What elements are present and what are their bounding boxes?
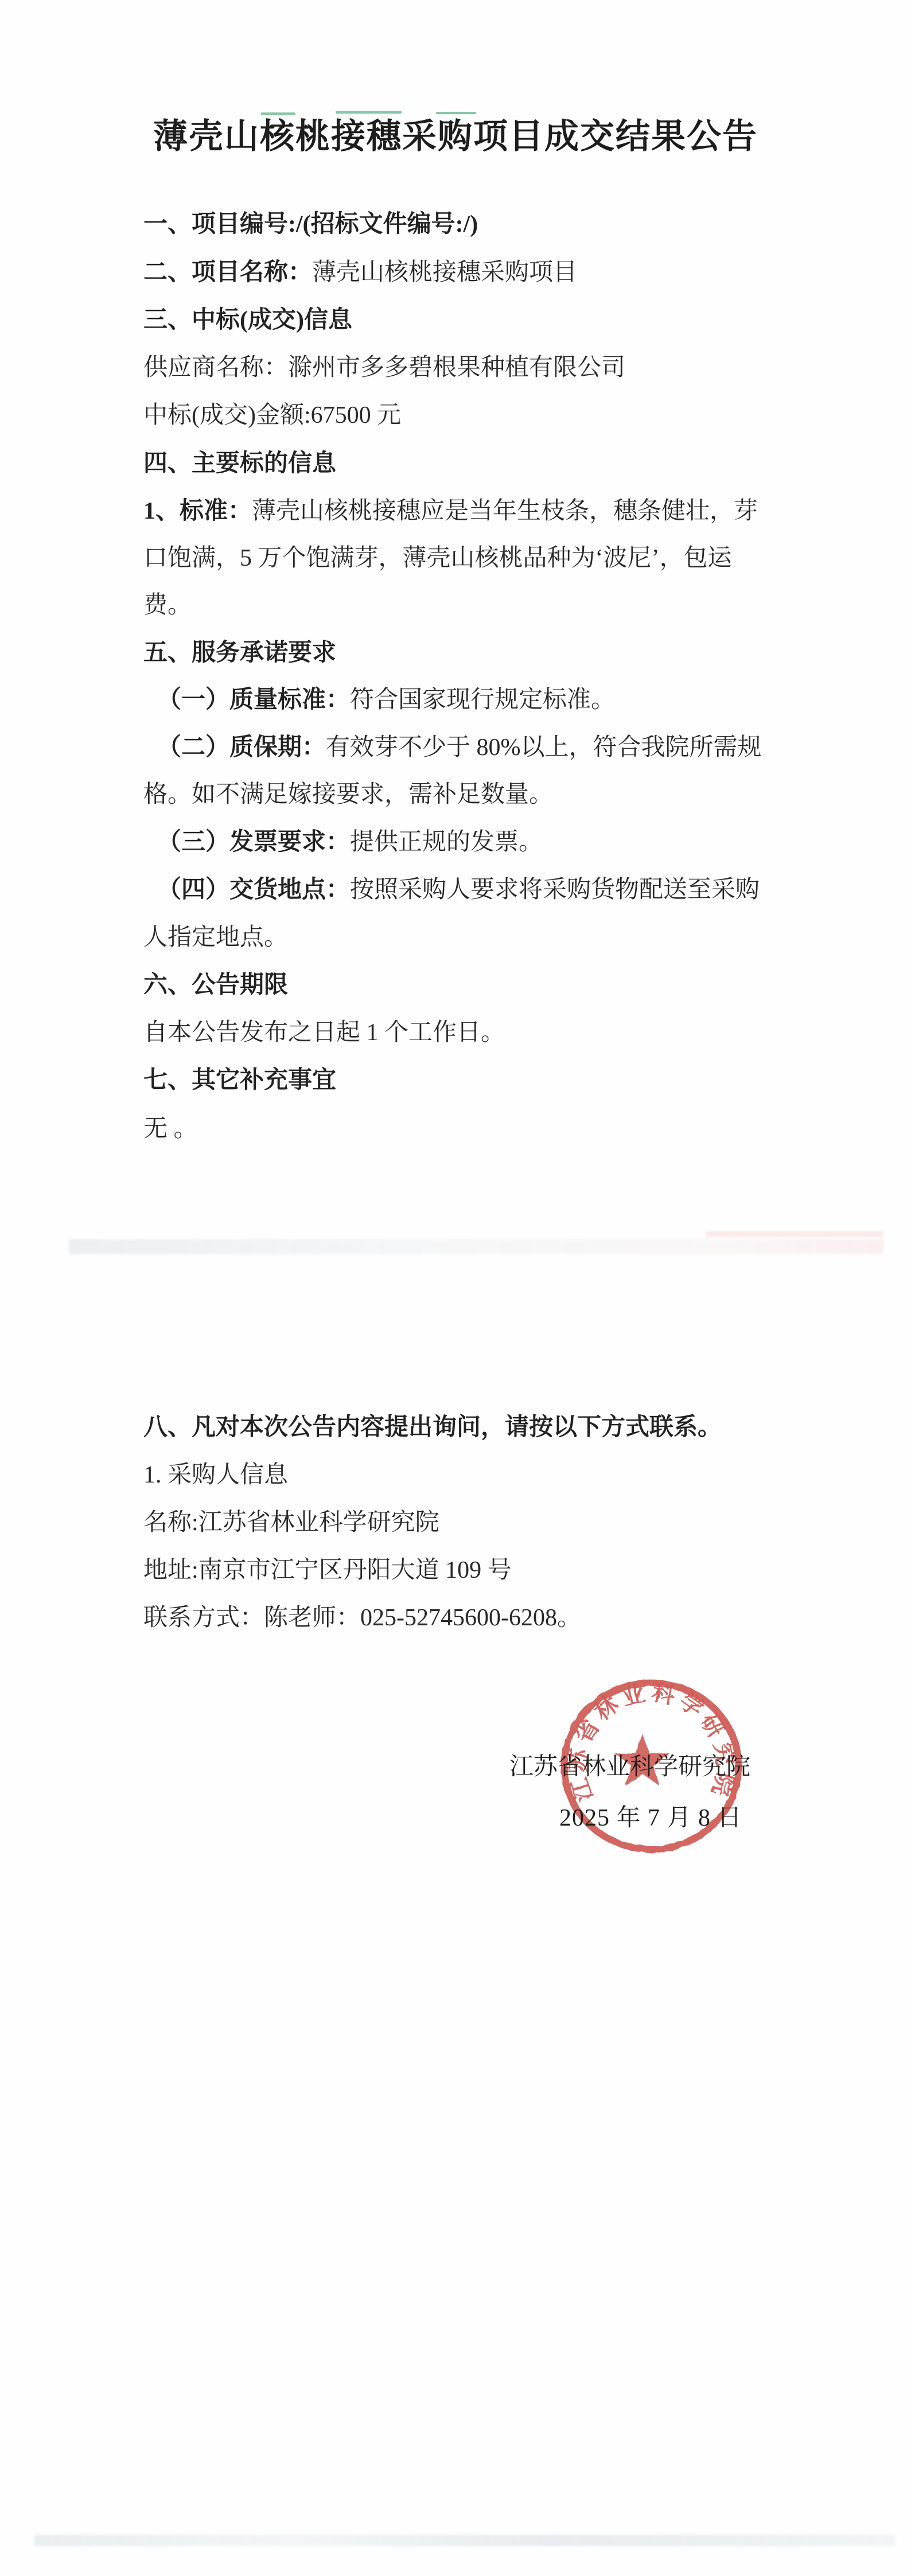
doc-line: （一）质量标准：符合国家现行规定标准。 bbox=[157, 687, 615, 713]
seal-arc-text: 江苏省林业科学研究院 bbox=[564, 1679, 738, 1805]
line-label: （一）质量标准： bbox=[157, 687, 350, 713]
page-title: 薄壳山核桃接穗采购项目成交结果公告 bbox=[0, 109, 911, 158]
line-text: 格。如不满足嫁接要求，需补足数量。 bbox=[143, 781, 553, 808]
line-text: 地址:南京市江宁区丹阳大道 109 号 bbox=[143, 1557, 512, 1583]
doc-line: 人指定地点。 bbox=[143, 924, 288, 951]
doc-line: 中标(成交)金额:67500 元 bbox=[143, 402, 401, 429]
line-text: 联系方式：陈老师：025-52745600-6208。 bbox=[143, 1605, 581, 1631]
doc-line: 六、公告期限 bbox=[143, 972, 288, 998]
line-text: 提供正规的发票。 bbox=[350, 829, 543, 855]
line-text: 名称:江苏省林业科学研究院 bbox=[143, 1509, 439, 1536]
line-text: 自本公告发布之日起 1 个工作日。 bbox=[143, 1019, 505, 1046]
doc-line: 二、项目名称：薄壳山核桃接穗采购项目 bbox=[143, 259, 577, 286]
doc-line: 1、标准：薄壳山核桃接穗应是当年生枝条，穗条健壮，芽 bbox=[143, 498, 758, 524]
scan-smudge bbox=[34, 2535, 895, 2546]
line-label: 一、项目编号:/(招标文件编号:/) bbox=[143, 211, 478, 238]
line-text: 1. 采购人信息 bbox=[143, 1462, 288, 1488]
line-label: 七、其它补充事宜 bbox=[143, 1067, 336, 1094]
line-label: 三、中标(成交)信息 bbox=[143, 307, 352, 333]
line-text: 有效芽不少于 80%以上，符合我院所需规 bbox=[326, 734, 762, 761]
scan-smudge bbox=[69, 1239, 883, 1254]
doc-line: 一、项目编号:/(招标文件编号:/) bbox=[143, 211, 478, 238]
line-label: 四、主要标的信息 bbox=[143, 450, 336, 477]
line-label: （二）质保期： bbox=[157, 734, 326, 761]
line-label: 八、凡对本次公告内容提出询问，请按以下方式联系。 bbox=[143, 1414, 722, 1441]
doc-line: （四）交货地点：按照采购人要求将采购货物配送至采购 bbox=[157, 877, 760, 903]
line-text: 薄壳山核桃接穗采购项目 bbox=[312, 259, 577, 286]
doc-line: 自本公告发布之日起 1 个工作日。 bbox=[143, 1019, 505, 1046]
line-text: 无 。 bbox=[143, 1116, 198, 1142]
doc-line: 口饱满，5 万个饱满芽，薄壳山核桃品种为‘波尼’，包运 bbox=[143, 545, 731, 571]
line-label: 六、公告期限 bbox=[143, 972, 288, 998]
line-text: 符合国家现行规定标准。 bbox=[350, 687, 615, 713]
doc-line: 无 。 bbox=[143, 1116, 198, 1142]
doc-line: 五、服务承诺要求 bbox=[143, 640, 336, 666]
doc-line: 联系方式：陈老师：025-52745600-6208。 bbox=[143, 1605, 581, 1631]
doc-line: 名称:江苏省林业科学研究院 bbox=[143, 1509, 439, 1536]
line-label: 1、标准： bbox=[143, 498, 252, 524]
document-page: 薄壳山核桃接穗采购项目成交结果公告 一、项目编号:/(招标文件编号:/) 二、项… bbox=[0, 0, 911, 2576]
signature-date: 2025 年 7 月 8 日 bbox=[559, 1799, 742, 1833]
line-label: （三）发票要求： bbox=[157, 829, 350, 855]
svg-text:江苏省林业科学研究院: 江苏省林业科学研究院 bbox=[564, 1679, 738, 1805]
doc-line: （三）发票要求：提供正规的发票。 bbox=[157, 829, 543, 855]
signature-organization: 江苏省林业科学研究院 bbox=[509, 1748, 750, 1782]
scan-smudge bbox=[706, 1231, 883, 1237]
line-text: 口饱满，5 万个饱满芽，薄壳山核桃品种为‘波尼’，包运 bbox=[143, 545, 731, 571]
doc-line: 格。如不满足嫁接要求，需补足数量。 bbox=[143, 781, 553, 808]
doc-line: （二）质保期：有效芽不少于 80%以上，符合我院所需规 bbox=[157, 734, 762, 761]
line-text: 按照采购人要求将采购货物配送至采购 bbox=[350, 877, 760, 903]
line-text: 费。 bbox=[143, 592, 192, 618]
doc-line: 费。 bbox=[143, 592, 192, 618]
line-text: 薄壳山核桃接穗应是当年生枝条，穗条健壮，芽 bbox=[252, 498, 758, 524]
doc-line: 七、其它补充事宜 bbox=[143, 1067, 336, 1094]
doc-line: 地址:南京市江宁区丹阳大道 109 号 bbox=[143, 1557, 512, 1583]
scan-artifact bbox=[336, 111, 402, 114]
doc-line: 1. 采购人信息 bbox=[143, 1462, 288, 1488]
line-text: 中标(成交)金额:67500 元 bbox=[143, 402, 401, 429]
doc-line: 八、凡对本次公告内容提出询问，请按以下方式联系。 bbox=[143, 1414, 722, 1441]
doc-line: 四、主要标的信息 bbox=[143, 450, 336, 477]
line-text: 供应商名称：滁州市多多碧根果种植有限公司 bbox=[143, 355, 625, 381]
line-label: 五、服务承诺要求 bbox=[143, 640, 336, 666]
line-text: 人指定地点。 bbox=[143, 924, 288, 951]
doc-line: 三、中标(成交)信息 bbox=[143, 307, 352, 333]
line-label: 二、项目名称： bbox=[143, 259, 312, 286]
scan-artifact bbox=[261, 112, 295, 115]
scan-artifact bbox=[436, 112, 476, 114]
line-label: （四）交货地点： bbox=[157, 877, 350, 903]
doc-line: 供应商名称：滁州市多多碧根果种植有限公司 bbox=[143, 355, 625, 381]
